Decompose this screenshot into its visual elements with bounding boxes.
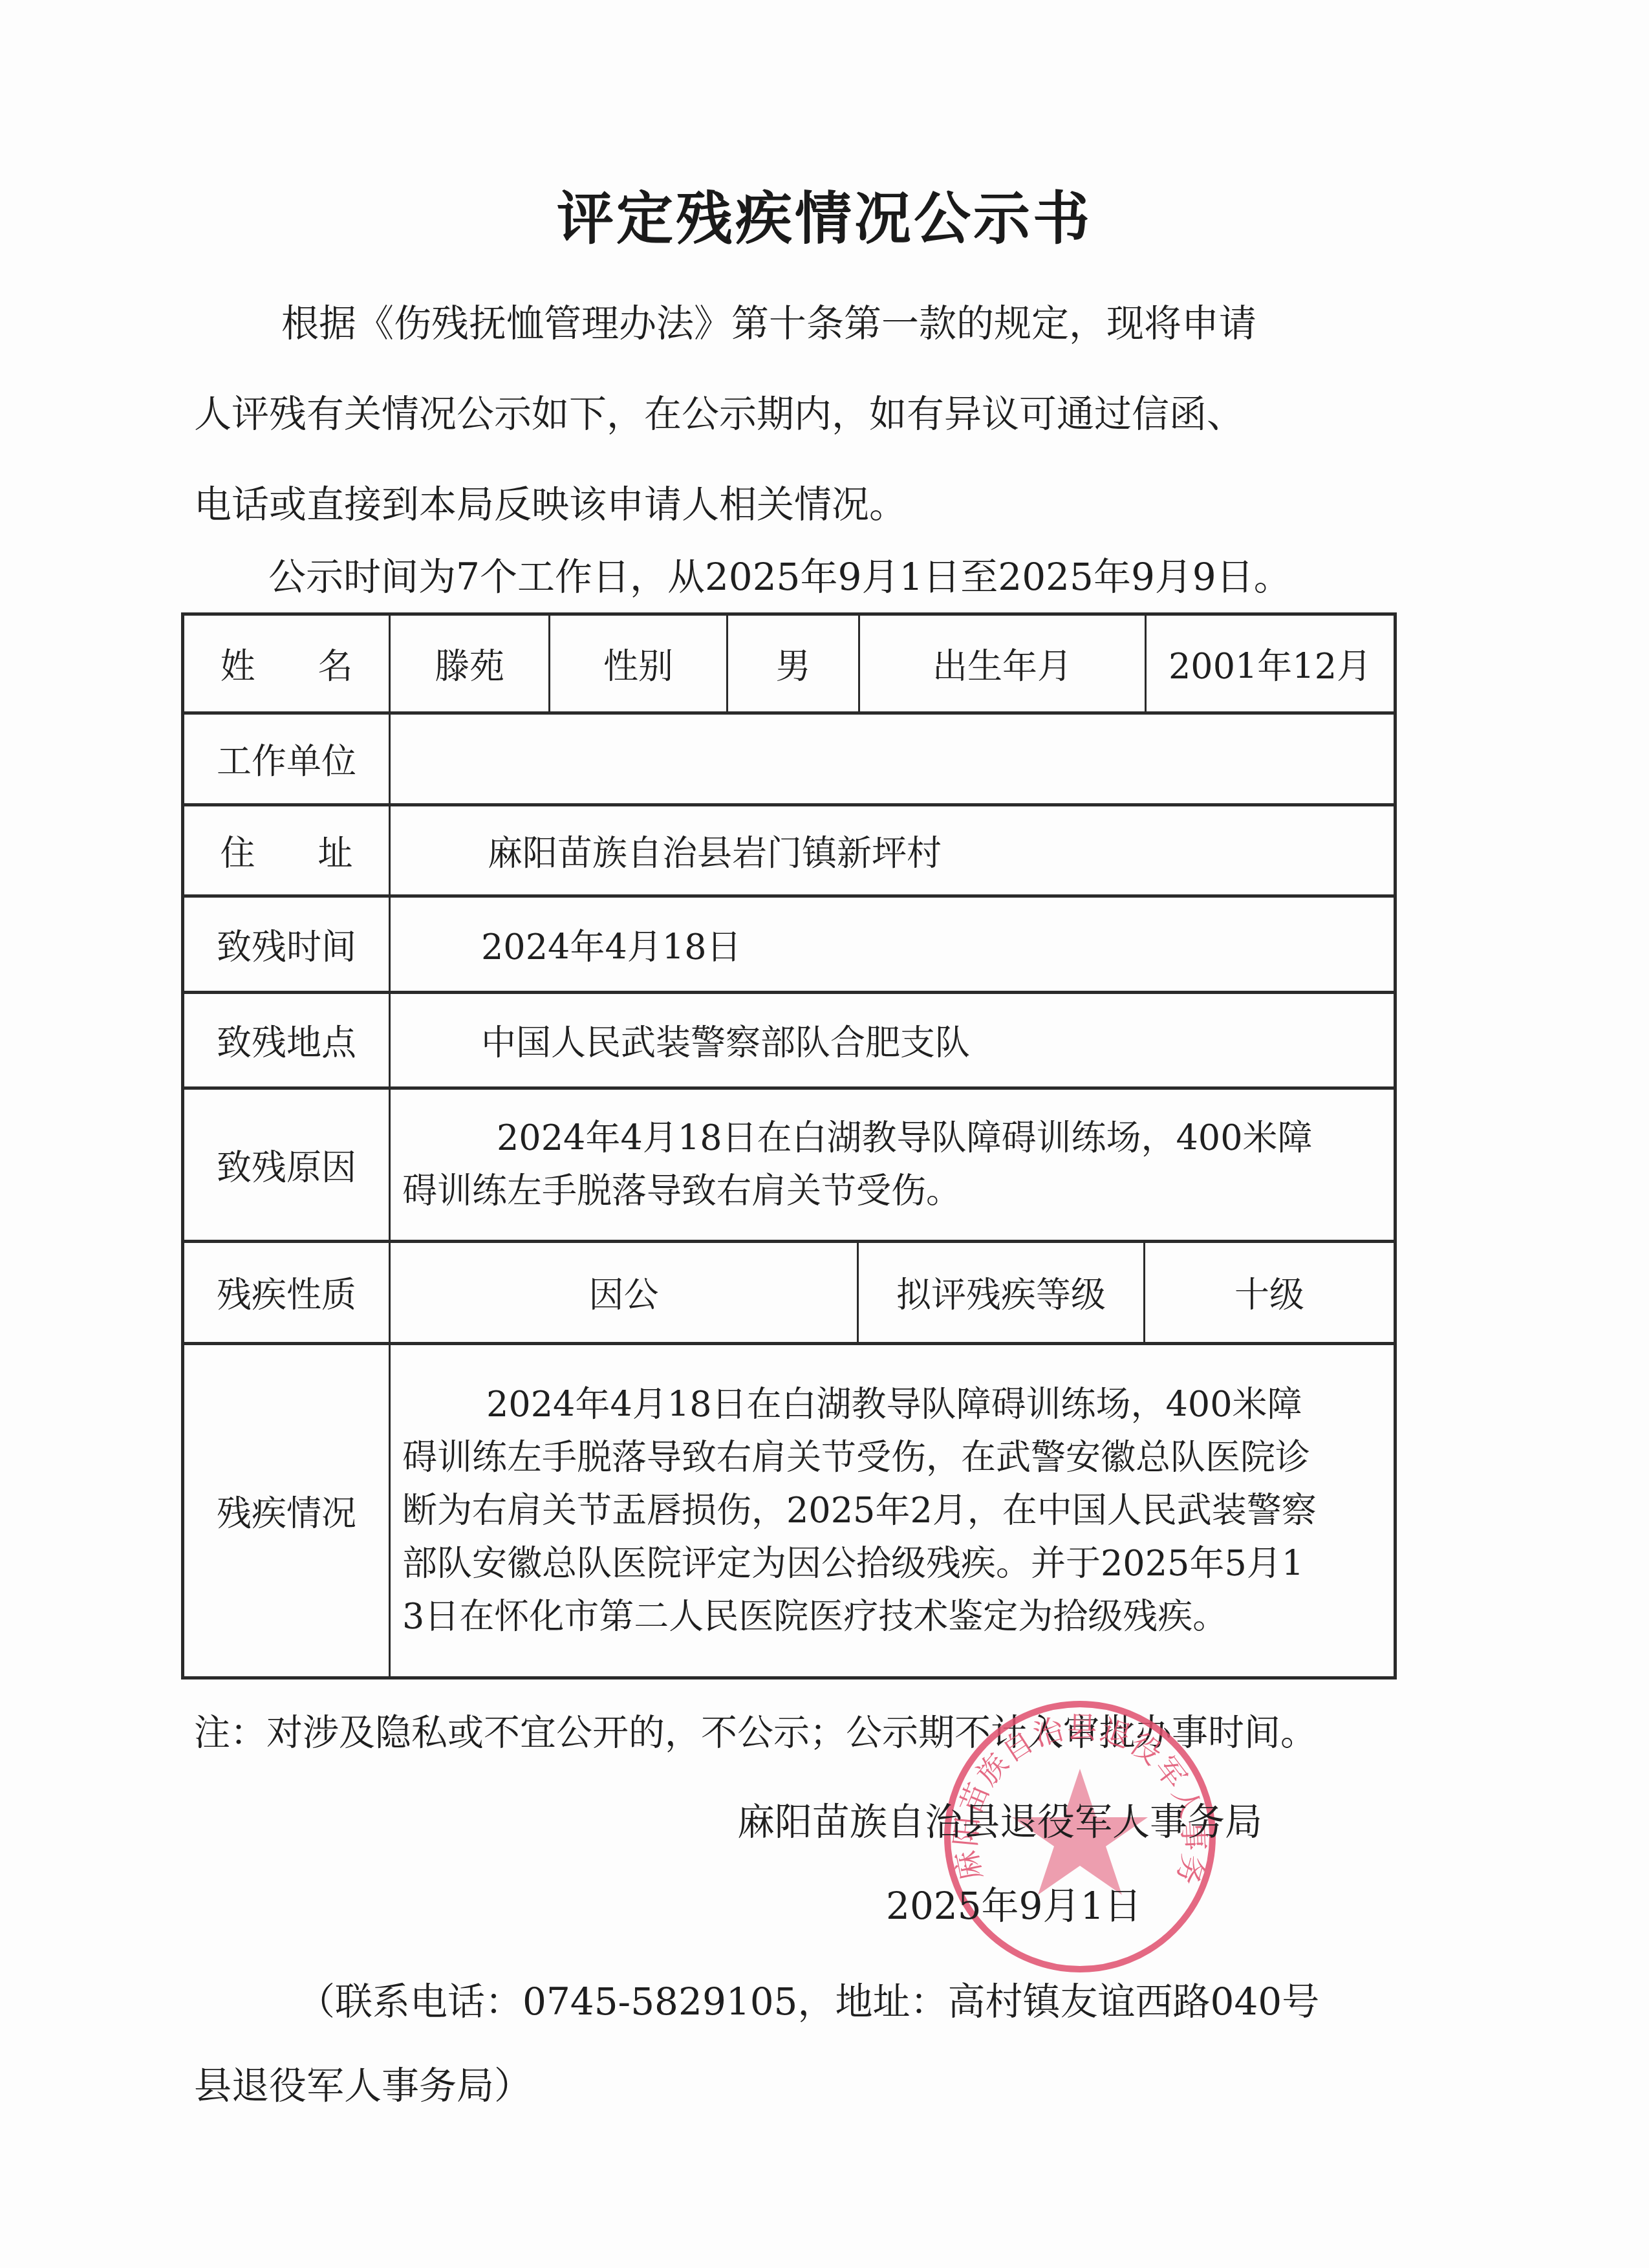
intro-line-2: 人评残有关情况公示如下，在公示期内，如有异议可通过信函、 [194,369,1410,459]
name-value: 滕苑 [391,616,548,711]
document-page: 评定残疾情况公示书 根据《伤残抚恤管理办法》第十条第一款的规定，现将申请 人评残… [0,0,1649,2268]
contact-info: （联系电话：0745-5829105，地址：高村镇友谊西路040号 县退役军人事… [194,1960,1410,2128]
issuing-organization: 麻阳苗族自治县退役军人事务局 [737,1791,1262,1846]
disability-time-value: 2024年4月18日 [391,898,1393,991]
name-label: 姓 名 [184,616,389,711]
disability-nature-value: 因公 [391,1243,857,1342]
info-table: 姓 名 滕苑 性别 男 出生年月 2001年12月 工作单位 住 址 麻阳苗族自… [181,612,1397,1679]
proposed-grade-value: 十级 [1145,1243,1394,1342]
address-label-char-2: 址 [318,826,353,876]
disability-cause-label: 致残原因 [184,1090,389,1240]
issue-date: 2025年9月1日 [886,1875,1141,1930]
situation-line-5: 3日在怀化市第二人民医院医疗技术鉴定为拾级残疾。 [402,1590,1317,1643]
cause-line-1: 2024年4月18日在白湖教导队障碍训练场，400米障 [402,1112,1313,1165]
situation-line-4: 部队安徽总队医院评定为因公拾级残疾。并于2025年5月1 [402,1537,1317,1590]
address-value: 麻阳苗族自治县岩门镇新坪村 [391,806,1393,894]
disability-place-label: 致残地点 [184,994,389,1086]
disability-time-label: 致残时间 [184,898,389,991]
contact-line-2: 县退役军人事务局） [194,2044,1410,2128]
disability-situation-value: 2024年4月18日在白湖教导队障碍训练场，400米障 碍训练左手脱落导致右肩关… [391,1345,1393,1676]
address-label-char-1: 住 [221,826,255,876]
work-unit-label: 工作单位 [184,715,389,803]
address-label: 住 址 [184,806,389,894]
contact-line-1: （联系电话：0745-5829105，地址：高村镇友谊西路040号 [194,1960,1410,2044]
gender-label: 性别 [550,616,726,711]
disability-cause-value: 2024年4月18日在白湖教导队障碍训练场，400米障 碍训练左手脱落导致右肩关… [391,1090,1393,1240]
birth-value: 2001年12月 [1147,616,1394,711]
intro-line-1: 根据《伤残抚恤管理办法》第十条第一款的规定，现将申请 [194,278,1410,369]
disability-place-value: 中国人民武装警察部队合肥支队 [391,994,1393,1086]
disability-nature-label: 残疾性质 [184,1243,389,1342]
intro-line-3: 电话或直接到本局反映该申请人相关情况。 [194,459,1410,550]
cause-line-2: 碍训练左手脱落导致右肩关节受伤。 [402,1165,1313,1218]
publicity-period: 公示时间为7个工作日，从2025年9月1日至2025年9月9日。 [194,538,1484,616]
gender-value: 男 [728,616,858,711]
birth-label: 出生年月 [860,616,1145,711]
situation-line-1: 2024年4月18日在白湖教导队障碍训练场，400米障 [402,1378,1317,1431]
name-label-char-1: 姓 [221,639,255,689]
document-title: 评定残疾情况公示书 [0,173,1649,255]
disability-situation-label: 残疾情况 [184,1345,389,1676]
work-unit-value [391,715,1393,803]
name-label-char-2: 名 [318,639,353,689]
situation-line-3: 断为右肩关节盂唇损伤，2025年2月，在中国人民武装警察 [402,1484,1317,1537]
situation-line-2: 碍训练左手脱落导致右肩关节受伤，在武警安徽总队医院诊 [402,1431,1317,1484]
proposed-grade-label: 拟评残疾等级 [859,1243,1143,1342]
intro-paragraph: 根据《伤残抚恤管理办法》第十条第一款的规定，现将申请 人评残有关情况公示如下，在… [194,278,1410,550]
